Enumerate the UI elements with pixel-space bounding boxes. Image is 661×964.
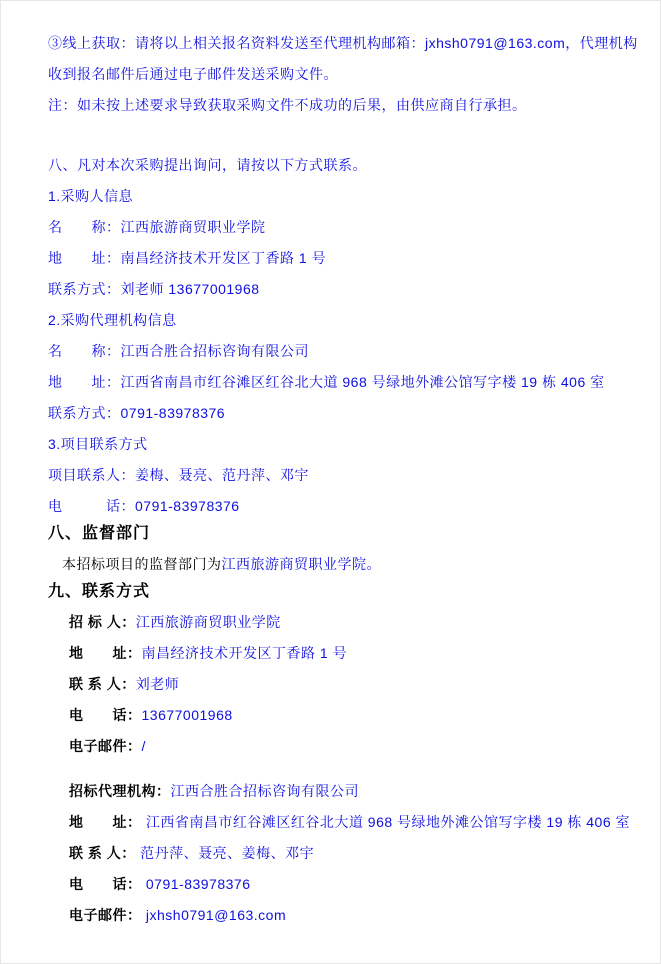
project-contact-subheading: 3.项目联系方式 (48, 429, 652, 460)
blank-spacer (48, 121, 652, 150)
supervision-dept-heading: 八、监督部门 (48, 518, 652, 549)
text-run: 3.项目联系方式 (48, 436, 148, 452)
contact-section-heading: 九、联系方式 (48, 576, 652, 607)
bid-agency-phone-line: 电 话： 0791-83978376 (48, 869, 652, 900)
text-run: 13677001968 (142, 707, 233, 723)
field-label: 地 址： (69, 645, 142, 661)
tenderer-person-line: 联 系 人：刘老师 (48, 669, 652, 700)
text-run: ③线上获取：请将以上相关报名资料发送至代理机构邮箱：jxhsh0791@163.… (48, 35, 638, 51)
text-run: 江西旅游商贸职业学院。 (222, 556, 382, 572)
blank-spacer (48, 762, 652, 776)
text-run: 江西旅游商贸职业学院 (136, 614, 281, 630)
field-label: 电 话： (69, 707, 142, 723)
bid-agency-email-line: 电子邮件： jxhsh0791@163.com (48, 900, 652, 931)
field-label: 电子邮件： (69, 907, 146, 923)
purchaser-contact-line: 联系方式：刘老师 13677001968 (48, 274, 652, 305)
field-label: 招标代理机构： (69, 783, 171, 799)
text-run: 注：如未按上述要求导致获取采购文件不成功的后果，由供应商自行承担。 (48, 97, 527, 113)
text-run: jxhsh0791@163.com (146, 907, 286, 923)
field-label: 电 话： (69, 876, 146, 892)
field-label: 电子邮件： (69, 738, 142, 754)
text-run: / (142, 738, 146, 754)
text-run: 地 址：江西省南昌市红谷滩区红谷北大道 968 号绿地外滩公馆写字楼 19 栋 … (48, 374, 605, 390)
field-label: 联 系 人： (69, 676, 136, 692)
text-run: 南昌经济技术开发区丁香路 1 号 (142, 645, 348, 661)
text-run: 1.采购人信息 (48, 188, 133, 204)
tenderer-line: 招 标 人：江西旅游商贸职业学院 (48, 607, 652, 638)
field-label: 地 址： (69, 814, 146, 830)
text-run: 联系方式：刘老师 13677001968 (48, 281, 260, 297)
para-note: 注：如未按上述要求导致获取采购文件不成功的后果，由供应商自行承担。 (48, 90, 652, 121)
agency-contact-line: 联系方式：0791-83978376 (48, 398, 652, 429)
para-online-acquisition-line2: 收到报名邮件后通过电子邮件发送采购文件。 (48, 59, 652, 90)
tenderer-address-line: 地 址：南昌经济技术开发区丁香路 1 号 (48, 638, 652, 669)
text-run: 本招标项目的监督部门为 (62, 556, 222, 572)
field-label: 九、联系方式 (48, 583, 150, 600)
para-online-acquisition-line1: ③线上获取：请将以上相关报名资料发送至代理机构邮箱：jxhsh0791@163.… (48, 28, 652, 59)
text-run: 八、凡对本次采购提出询问，请按以下方式联系。 (48, 157, 367, 173)
text-run: 项目联系人：姜梅、聂亮、范丹萍、邓宇 (48, 467, 309, 483)
bid-agency-persons-line: 联 系 人： 范丹萍、聂亮、姜梅、邓宇 (48, 838, 652, 869)
text-run: 电 话：0791-83978376 (48, 498, 240, 514)
text-run: 地 址：南昌经济技术开发区丁香路 1 号 (48, 250, 326, 266)
section-inquiry-heading: 八、凡对本次采购提出询问，请按以下方式联系。 (48, 150, 652, 181)
text-run: 收到报名邮件后通过电子邮件发送采购文件。 (48, 66, 338, 82)
text-run: 0791-83978376 (146, 876, 251, 892)
field-label: 八、监督部门 (48, 525, 150, 542)
field-label: 联 系 人： (69, 845, 140, 861)
purchaser-info-subheading: 1.采购人信息 (48, 181, 652, 212)
tenderer-email-line: 电子邮件：/ (48, 731, 652, 762)
text-run: 联系方式：0791-83978376 (48, 405, 225, 421)
text-run: 名 称：江西旅游商贸职业学院 (48, 219, 266, 235)
purchaser-name-line: 名 称：江西旅游商贸职业学院 (48, 212, 652, 243)
bid-agency-address-line: 地 址： 江西省南昌市红谷滩区红谷北大道 968 号绿地外滩公馆写字楼 19 栋… (48, 807, 652, 838)
document-page: ③线上获取：请将以上相关报名资料发送至代理机构邮箱：jxhsh0791@163.… (0, 0, 661, 964)
bid-agency-line: 招标代理机构：江西合胜合招标咨询有限公司 (48, 776, 652, 807)
project-contacts-line: 项目联系人：姜梅、聂亮、范丹萍、邓宇 (48, 460, 652, 491)
text-run: 江西省南昌市红谷滩区红谷北大道 968 号绿地外滩公馆写字楼 19 栋 406 … (146, 814, 630, 830)
text-run: 江西合胜合招标咨询有限公司 (171, 783, 360, 799)
agency-name-line: 名 称：江西合胜合招标咨询有限公司 (48, 336, 652, 367)
text-run: 刘老师 (136, 676, 180, 692)
agency-address-line: 地 址：江西省南昌市红谷滩区红谷北大道 968 号绿地外滩公馆写字楼 19 栋 … (48, 367, 652, 398)
text-run: 2.采购代理机构信息 (48, 312, 177, 328)
field-label: 招 标 人： (69, 614, 136, 630)
text-run: 范丹萍、聂亮、姜梅、邓宇 (140, 845, 314, 861)
purchaser-address-line: 地 址：南昌经济技术开发区丁香路 1 号 (48, 243, 652, 274)
text-run: 名 称：江西合胜合招标咨询有限公司 (48, 343, 309, 359)
tenderer-phone-line: 电 话：13677001968 (48, 700, 652, 731)
agency-info-subheading: 2.采购代理机构信息 (48, 305, 652, 336)
